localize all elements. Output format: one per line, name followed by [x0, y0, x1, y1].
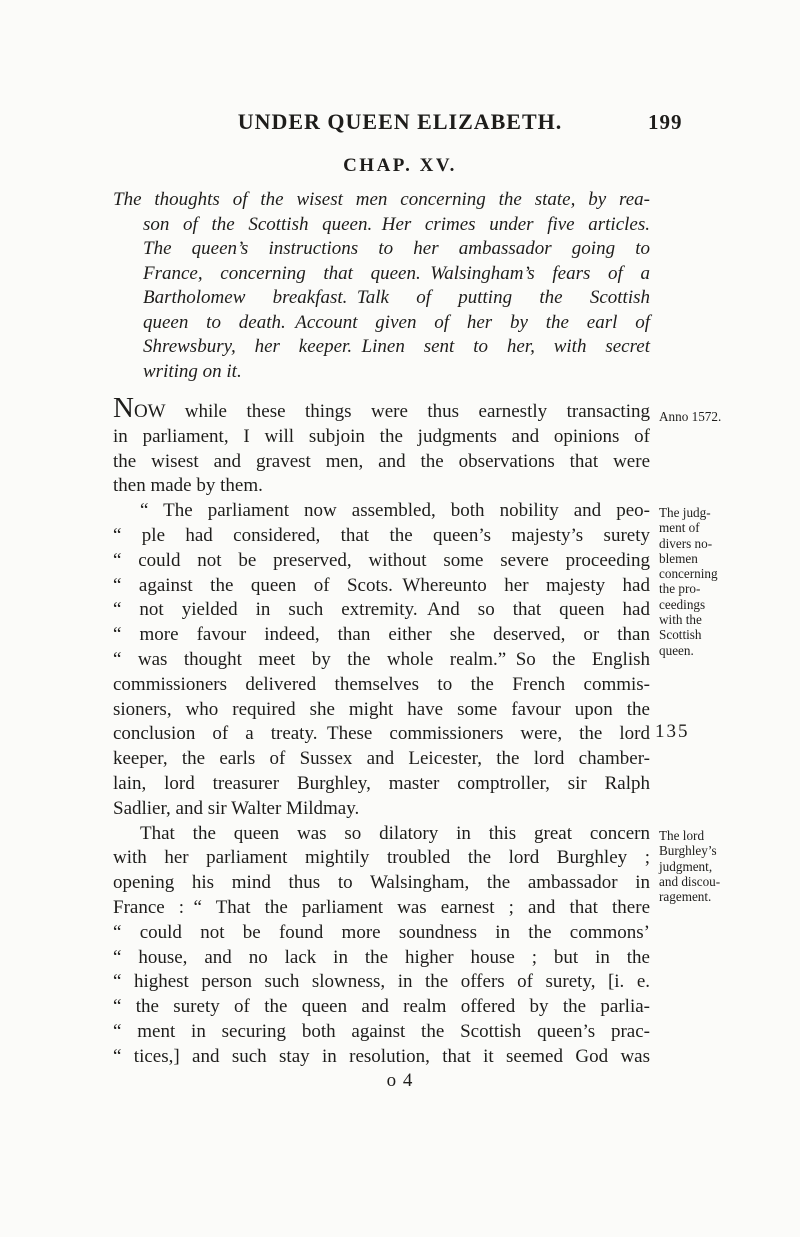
body-line: “ tices,] and such stay in resolution, t…	[113, 1045, 650, 1070]
body-line: “ highest person such slowness, in the o…	[113, 970, 650, 995]
body-line: in parliament, I will subjoin the judgme…	[113, 425, 650, 450]
body-line: commissioners delivered themselves to th…	[113, 673, 650, 698]
margin-note-line: queen.	[659, 643, 751, 658]
margin-note-line: concerning	[659, 566, 751, 581]
margin-note-line: The lord	[659, 828, 751, 843]
margin-note-line: blemen	[659, 551, 751, 566]
page-number: 199	[648, 110, 683, 135]
body-line: “ house, and no lack in the higher house…	[113, 946, 650, 971]
argument-line: writing on it.	[143, 360, 650, 385]
body-line: “ against the queen of Scots. Whereunto …	[113, 574, 650, 599]
chapter-heading: CHAP. XV.	[0, 155, 800, 177]
argument-line: The thoughts of the wisest men concernin…	[113, 188, 650, 213]
body-lines: in parliament, I will subjoin the judgme…	[113, 425, 650, 1070]
body-line: “ could not be preserved, without some s…	[113, 549, 650, 574]
body-line: “ could not be found more soundness in t…	[113, 921, 650, 946]
margin-note-line: and discou-	[659, 874, 751, 889]
body-opening-line: NOW while these things were thus earnest…	[113, 400, 650, 425]
opening-initial: N	[113, 392, 134, 424]
body-line: That the queen was so dilatory in this g…	[113, 822, 650, 847]
margin-note-line: judgment,	[659, 859, 751, 874]
margin-note-anno: Anno 1572.	[659, 409, 751, 424]
margin-note-line: the pro-	[659, 581, 751, 596]
margin-note-line: divers no-	[659, 536, 751, 551]
body-line: “ was thought meet by the whole realm.” …	[113, 648, 650, 673]
argument-line: Shrewsbury, her keeper. Linen sent to he…	[143, 335, 650, 360]
argument-line: France, concerning that queen. Walsingha…	[143, 262, 650, 287]
margin-folio-reference: 135	[655, 722, 747, 743]
chapter-argument: The thoughts of the wisest men concernin…	[113, 188, 650, 384]
margin-note-judgment: The judg-ment ofdivers no-blemenconcerni…	[659, 505, 751, 658]
body-line: opening his mind thus to Walsingham, the…	[113, 871, 650, 896]
margin-note-burghley: The lordBurghley’sjudgment,and discou-ra…	[659, 828, 751, 904]
body-line: the wisest and gravest men, and the obse…	[113, 450, 650, 475]
body-line: with her parliament mightily troubled th…	[113, 846, 650, 871]
body-line: keeper, the earls of Sussex and Leiceste…	[113, 747, 650, 772]
body-line: “ The parliament now assembled, both nob…	[113, 499, 650, 524]
argument-line: Bartholomew breakfast. Talk of putting t…	[143, 286, 650, 311]
body-line: lain, lord treasurer Burghley, master co…	[113, 772, 650, 797]
margin-note-line: ment of	[659, 520, 751, 535]
argument-line: queen to death. Account given of her by …	[143, 311, 650, 336]
opening-caps: OW	[134, 401, 165, 422]
body-line: “ more favour indeed, than either she de…	[113, 623, 650, 648]
body-line: “ the surety of the queen and realm offe…	[113, 995, 650, 1020]
body-text: NOW while these things were thus earnest…	[113, 400, 650, 1070]
argument-line: son of the Scottish queen. Her crimes un…	[143, 213, 650, 238]
body-line: “ ple had considered, that the queen’s m…	[113, 524, 650, 549]
margin-note-line: with the	[659, 612, 751, 627]
body-line: conclusion of a treaty. These commission…	[113, 722, 650, 747]
margin-note-line: ceedings	[659, 597, 751, 612]
body-line: then made by them.	[113, 474, 650, 499]
body-line: “ not yielded in such extremity. And so …	[113, 598, 650, 623]
margin-note-line: ragement.	[659, 889, 751, 904]
book-page: UNDER QUEEN ELIZABETH. 199 CHAP. XV. The…	[0, 0, 800, 1237]
signature-mark: o 4	[0, 1070, 800, 1092]
opening-rest: while these things were thus earnestly t…	[185, 401, 650, 422]
running-header: UNDER QUEEN ELIZABETH. 199	[0, 109, 800, 135]
margin-note-line: Scottish	[659, 627, 751, 642]
margin-note-line: Burghley’s	[659, 843, 751, 858]
argument-line: The queen’s instructions to her ambassad…	[143, 237, 650, 262]
body-line: France : “ That the parliament was earne…	[113, 896, 650, 921]
body-line: “ ment in securing both against the Scot…	[113, 1020, 650, 1045]
margin-note-line: The judg-	[659, 505, 751, 520]
body-line: Sadlier, and sir Walter Mildmay.	[113, 797, 650, 822]
body-line: sioners, who required she might have som…	[113, 698, 650, 723]
